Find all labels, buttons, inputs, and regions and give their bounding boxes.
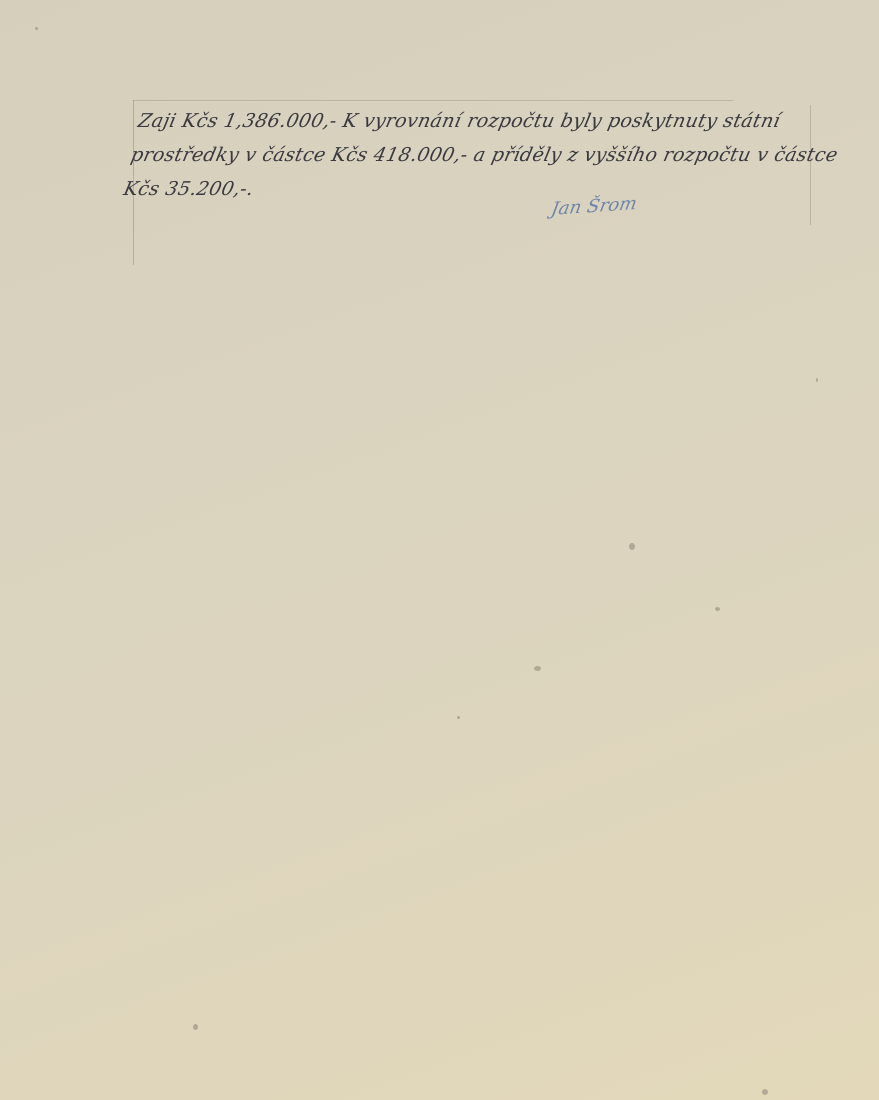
paper-speck bbox=[816, 378, 818, 382]
paper-speck bbox=[715, 607, 720, 611]
paper-speck bbox=[457, 716, 460, 719]
handwritten-line-2: prostředky v částce Kčs 418.000,- a příd… bbox=[128, 138, 803, 172]
ruled-line-top bbox=[133, 100, 733, 101]
paper-speck bbox=[193, 1024, 198, 1030]
document-page: Zaji Kčs 1,386.000,- K vyrovnání rozpočt… bbox=[0, 0, 879, 1100]
paper-speck bbox=[629, 543, 635, 550]
paper-speck bbox=[35, 27, 38, 30]
paper-speck bbox=[534, 666, 541, 671]
paper-speck bbox=[762, 1089, 768, 1095]
handwritten-line-3: Kčs 35.200,-. bbox=[120, 172, 795, 206]
handwritten-line-1: Zaji Kčs 1,386.000,- K vyrovnání rozpočt… bbox=[135, 104, 810, 138]
handwritten-paragraph: Zaji Kčs 1,386.000,- K vyrovnání rozpočt… bbox=[120, 104, 810, 206]
